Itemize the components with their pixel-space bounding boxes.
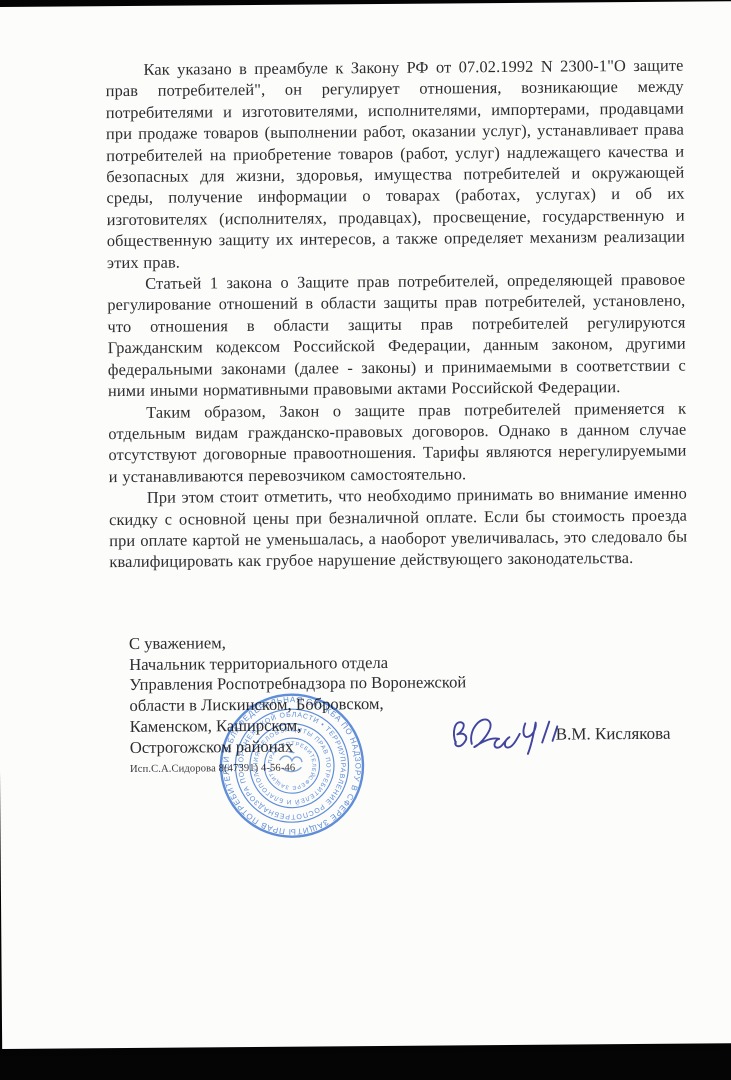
signer-name: В.М. Кислякова <box>556 724 671 745</box>
handwritten-signature <box>447 703 559 766</box>
scanned-letter-viewport: Как указано в преамбуле к Закону РФ от 0… <box>0 0 731 1080</box>
body-paragraph: Таким образом, Закон о защите прав потре… <box>108 397 687 487</box>
stamp-center-marks <box>280 752 302 772</box>
stamp-ring-text-outer: ФЕДЕРАЛЬНАЯ СЛУЖБА ПО НАДЗОРУ В СФЕРЕ ЗА… <box>206 680 377 851</box>
document-page: Как указано в преамбуле к Закону РФ от 0… <box>0 1 731 1049</box>
letter-body: Как указано в преамбуле к Закону РФ от 0… <box>105 55 687 573</box>
body-paragraph: Как указано в преамбуле к Закону РФ от 0… <box>105 55 685 274</box>
official-stamp: ФЕДЕРАЛЬНАЯ СЛУЖБА ПО НАДЗОРУ В СФЕРЕ ЗА… <box>206 680 377 851</box>
body-paragraph: Статьей 1 закона о Защите прав потребите… <box>107 269 686 402</box>
signature-strokes <box>454 719 558 755</box>
stamp-text: ФЕДЕРАЛЬНАЯ СЛУЖБА ПО НАДЗОРУ В СФЕРЕ ЗА… <box>206 680 377 851</box>
body-paragraph: При этом стоит отметить, что необходимо … <box>109 483 688 573</box>
svg-text:ФЕДЕРАЛЬНАЯ СЛУЖБА ПО НАДЗОРУ: ФЕДЕРАЛЬНАЯ СЛУЖБА ПО НАДЗОРУ В СФЕРЕ ЗА… <box>206 680 377 851</box>
